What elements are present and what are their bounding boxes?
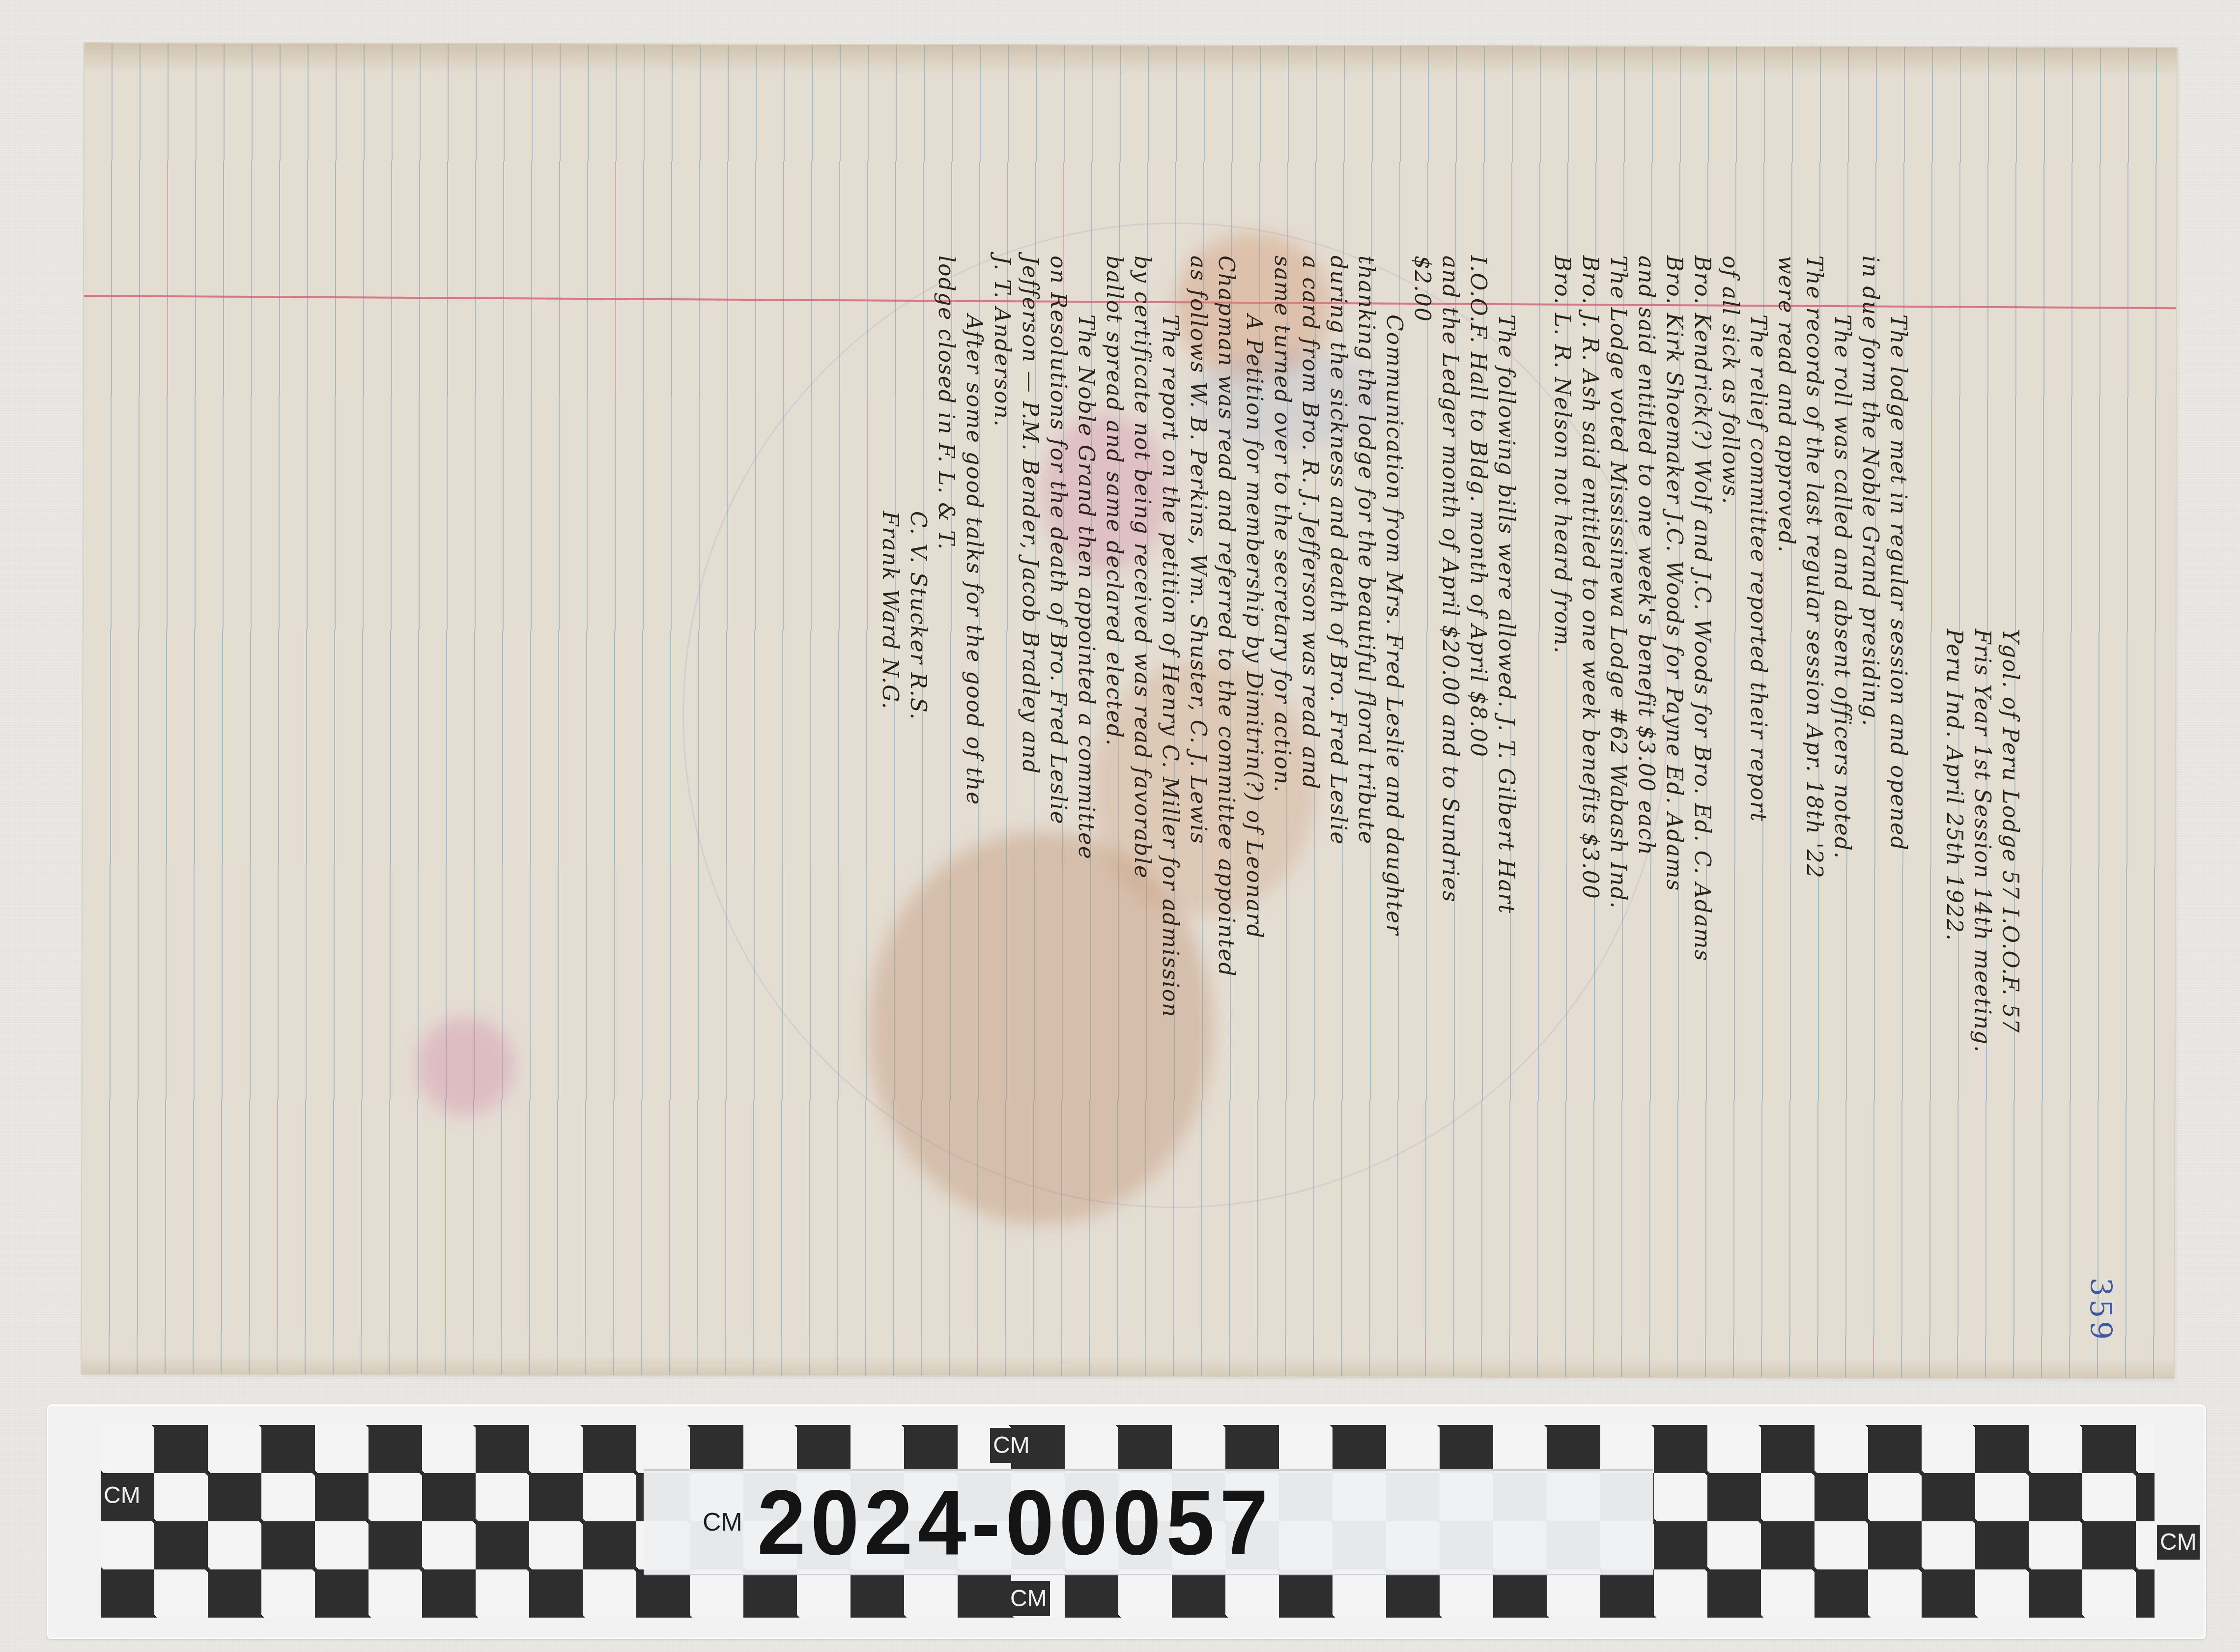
body-line: by certificate not being received was re… (1128, 256, 1156, 1386)
body-line: The following bills were allowed. J. T. … (1492, 256, 1520, 1386)
cm-label-top: CM (990, 1428, 1033, 1463)
body-line: as follows W. B. Perkins, Wm. Shuster, C… (1184, 256, 1212, 1386)
spacer (1912, 256, 1940, 1386)
spacer (1520, 256, 1548, 1386)
body-line: Jefferson — P.M. Bender, Jacob Bradley a… (1016, 256, 1044, 1386)
strip-cm-label: CM (703, 1508, 742, 1537)
page-number: 359 (2083, 1278, 2118, 1343)
body-line: were read and approved. (1772, 256, 1800, 1386)
body-line: The Lodge voted Mississinewa Lodge #62 W… (1604, 256, 1632, 1386)
body-line: thanking the lodge for the beautiful flo… (1352, 256, 1380, 1386)
body-line: Chapman was read and referred to the com… (1212, 256, 1240, 1386)
signature-noble-grand: Frank Ward N.G. (876, 256, 904, 1386)
body-line: The report on the petition of Henry C. M… (1156, 256, 1184, 1386)
cm-label-left: CM (101, 1478, 143, 1513)
body-line: Bro. Kirk Shoemaker J.C. Woods for Payne… (1660, 256, 1688, 1386)
header-line: Ygol. of Peru Lodge 57 I.O.O.F. 57 (1996, 256, 2024, 1386)
color-scale-bar: CM CM CM CM CM 2024-00057 (47, 1404, 2206, 1639)
body-line: Communication from Mrs. Fred Leslie and … (1380, 256, 1408, 1386)
body-line: on Resolutions for the death of Bro. Fre… (1044, 256, 1072, 1386)
body-line: A Petition for membership by Dimitrin(?)… (1240, 256, 1268, 1386)
body-line: and said entitled to one week's benefit … (1632, 256, 1660, 1386)
body-line: Bro. J. R. Ash said entitled to one week… (1576, 256, 1604, 1386)
body-line: of all sick as follows. (1716, 256, 1744, 1386)
accession-label-strip: CM 2024-00057 (644, 1469, 1653, 1575)
body-line: lodge closed in F. L. & T. (932, 256, 960, 1386)
handwritten-minutes: Ygol. of Peru Lodge 57 I.O.O.F. 57 Fris … (550, 256, 2024, 1386)
body-line: I.O.O.F. Hall to Bldg. month of April $8… (1464, 256, 1492, 1386)
body-line: J. T. Anderson. (988, 256, 1016, 1386)
body-line: The roll was called and absent officers … (1828, 256, 1856, 1386)
body-line: ballot spread and same declared elected. (1100, 256, 1128, 1386)
signature-secretary: C. V. Stucker R.S. (904, 256, 932, 1386)
body-line: a card from Bro. R. J. Jefferson was rea… (1296, 256, 1324, 1386)
body-line: The Noble Grand then appointed a committ… (1072, 256, 1100, 1386)
body-line: After some good talks for the good of th… (960, 256, 988, 1386)
body-line: in due form the Noble Grand presiding. (1856, 256, 1884, 1386)
body-line: The records of the last regular session … (1800, 256, 1828, 1386)
header-line: Fris Year 1st Session 14th meeting. (1968, 256, 1996, 1386)
body-line: The lodge met in regular session and ope… (1884, 256, 1912, 1386)
body-line: $2.00 (1408, 256, 1436, 1386)
age-discoloration-top (85, 43, 2177, 77)
body-line: Bro. L. R. Nelson not heard from. (1548, 256, 1576, 1386)
body-line: during the sickness and death of Bro. Fr… (1324, 256, 1352, 1386)
body-line: The relief committee reported their repo… (1744, 256, 1772, 1386)
stain (416, 1017, 514, 1115)
body-line: Bro. Kendrick(?) Wolf and J.C. Woods for… (1688, 256, 1716, 1386)
cm-label-right: CM (2157, 1525, 2200, 1560)
cm-label-bottom: CM (1007, 1581, 1050, 1616)
header-line: Peru Ind. April 25th 1922. (1940, 256, 1968, 1386)
body-line: and the Ledger month of April $20.00 and… (1436, 256, 1464, 1386)
accession-number: 2024-00057 (757, 1469, 1273, 1575)
body-line: same turned over to the secretary for ac… (1268, 256, 1296, 1386)
